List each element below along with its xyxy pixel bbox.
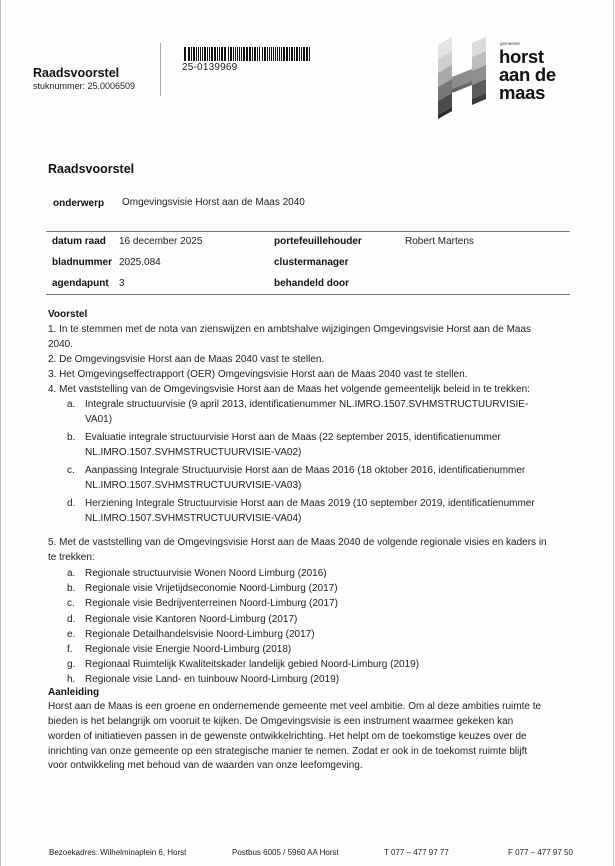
item5-sub-letter: b. (67, 583, 75, 594)
footer-fax: F 077 – 477 97 50 (508, 848, 573, 857)
aanleiding-line: bieden is het belangrijk om vooruit te k… (48, 716, 513, 727)
item4-sub-d-cont: NL.IMRO.1507.SVHMSTRUCTUURVISIE-VA04) (85, 513, 301, 524)
item5-sub-item: Regionale Detailhandelsvisie Noord-Limbu… (85, 629, 315, 640)
meta-value-portefeuillehouder: Robert Martens (405, 236, 474, 247)
voorstel-item-2: 2. De Omgevingsvisie Horst aan de Maas 2… (48, 354, 324, 365)
item5-sub-item: Regionale visie Vrijetijdseconomie Noord… (85, 583, 338, 594)
aanleiding-line: worden of initiatieven passen in de gewe… (48, 731, 527, 742)
page-title: Raadsvoorstel (48, 162, 134, 176)
page-edge-left (0, 0, 1, 866)
item5-sub-item: Regionale visie Kantoren Noord-Limburg (… (85, 614, 297, 625)
voorstel-item-4: 4. Met vaststelling van de Omgevingsvisi… (48, 384, 530, 395)
meta-label-bladnummer: bladnummer (52, 257, 112, 268)
item4-sub-a-cont: VA01) (85, 414, 112, 425)
aanleiding-line: inrichting van onze gemeente op een stra… (48, 746, 527, 757)
header-stuknummer: stuknummer: 25.0006509 (33, 81, 135, 91)
page-edge-right (613, 0, 614, 866)
item4-sub-d: Herziening Integrale Structuurvisie Hors… (85, 498, 535, 509)
item5-sub-letter: g. (67, 659, 75, 670)
item5-sub-letter: d. (67, 614, 75, 625)
item5-sub-item: Regionale visie Land- en tuinbouw Noord-… (85, 674, 339, 685)
meta-value-bladnummer: 2025.084 (119, 257, 161, 268)
aanleiding-line: voor ontwikkeling met behoud van de waar… (48, 760, 363, 771)
header-doc-type: Raadsvoorstel (33, 66, 119, 80)
item5-sub-item: Regionale visie Bedrijventerreinen Noord… (85, 598, 338, 609)
item4-sub-b-letter: b. (67, 432, 75, 443)
meta-label-portefeuillehouder: portefeuillehouder (274, 236, 362, 247)
voorstel-item-3: 3. Het Omgevingseffectrapport (OER) Omge… (48, 369, 467, 380)
item5-sub-item: Regionale visie Energie Noord-Limburg (2… (85, 644, 291, 655)
voorstel-item-1: 1. In te stemmen met de nota van zienswi… (48, 324, 531, 335)
meta-label-datum-raad: datum raad (52, 236, 106, 247)
logo-wordmark: horst aan de maas (499, 48, 556, 102)
item4-sub-a: Integrale structuurvisie (9 april 2013, … (85, 399, 528, 410)
voorstel-heading: Voorstel (48, 309, 87, 320)
item4-sub-b: Evaluatie integrale structuurvisie Horst… (85, 432, 501, 443)
voorstel-item-5-cont: te trekken: (48, 552, 95, 563)
footer-phone: T 077 – 477 97 77 (384, 848, 449, 857)
item5-sub-letter: f. (67, 644, 73, 655)
barcode-icon (184, 47, 312, 61)
voorstel-item-5: 5. Met de vaststelling van de Omgevingsv… (48, 537, 547, 548)
meta-label-behandeld-door: behandeld door (274, 278, 349, 289)
subject-label: onderwerp (53, 198, 104, 209)
subject-value: Omgevingsvisie Horst aan de Maas 2040 (122, 197, 305, 208)
meta-bottom-rule (46, 294, 570, 295)
footer-postbus: Postbus 6005 / 5960 AA Horst (232, 848, 339, 857)
item4-sub-b-cont: NL.IMRO.1507.SVHMSTRUCTUURVISIE-VA02) (85, 447, 301, 458)
item4-sub-c: Aanpassing Integrale Structuurvisie Hors… (85, 465, 525, 476)
item4-sub-c-letter: c. (67, 465, 75, 476)
aanleiding-line: Horst aan de Maas is een groene en onder… (48, 701, 541, 712)
item5-sub-letter: h. (67, 674, 75, 685)
meta-label-clustermanager: clustermanager (274, 257, 348, 268)
meta-top-rule (46, 231, 570, 232)
item5-sub-item: Regionaal Ruimtelijk Kwaliteitskader lan… (85, 659, 419, 670)
item5-sub-letter: a. (67, 568, 75, 579)
meta-label-agendapunt: agendapunt (52, 278, 109, 289)
item4-sub-a-letter: a. (67, 399, 75, 410)
meta-value-datum-raad: 16 december 2025 (119, 236, 202, 247)
header-divider (160, 43, 161, 96)
item5-sub-item: Regionale structuurvisie Wonen Noord Lim… (85, 568, 327, 579)
aanleiding-heading: Aanleiding (48, 687, 99, 698)
item5-sub-letter: e. (67, 629, 75, 640)
voorstel-item-1-cont: 2040. (48, 339, 73, 350)
meta-value-agendapunt: 3 (119, 278, 125, 289)
item4-sub-c-cont: NL.IMRO.1507.SVHMSTRUCTUURVISIE-VA03) (85, 480, 301, 491)
item5-sub-letter: c. (67, 598, 75, 609)
logo-line-3: maas (499, 84, 556, 102)
municipality-logo-icon (436, 37, 492, 119)
barcode-number: 25-0139969 (182, 62, 237, 73)
footer-address: Bezoekadres: Wilhelminaplein 6, Horst (49, 848, 186, 857)
item4-sub-d-letter: d. (67, 498, 75, 509)
